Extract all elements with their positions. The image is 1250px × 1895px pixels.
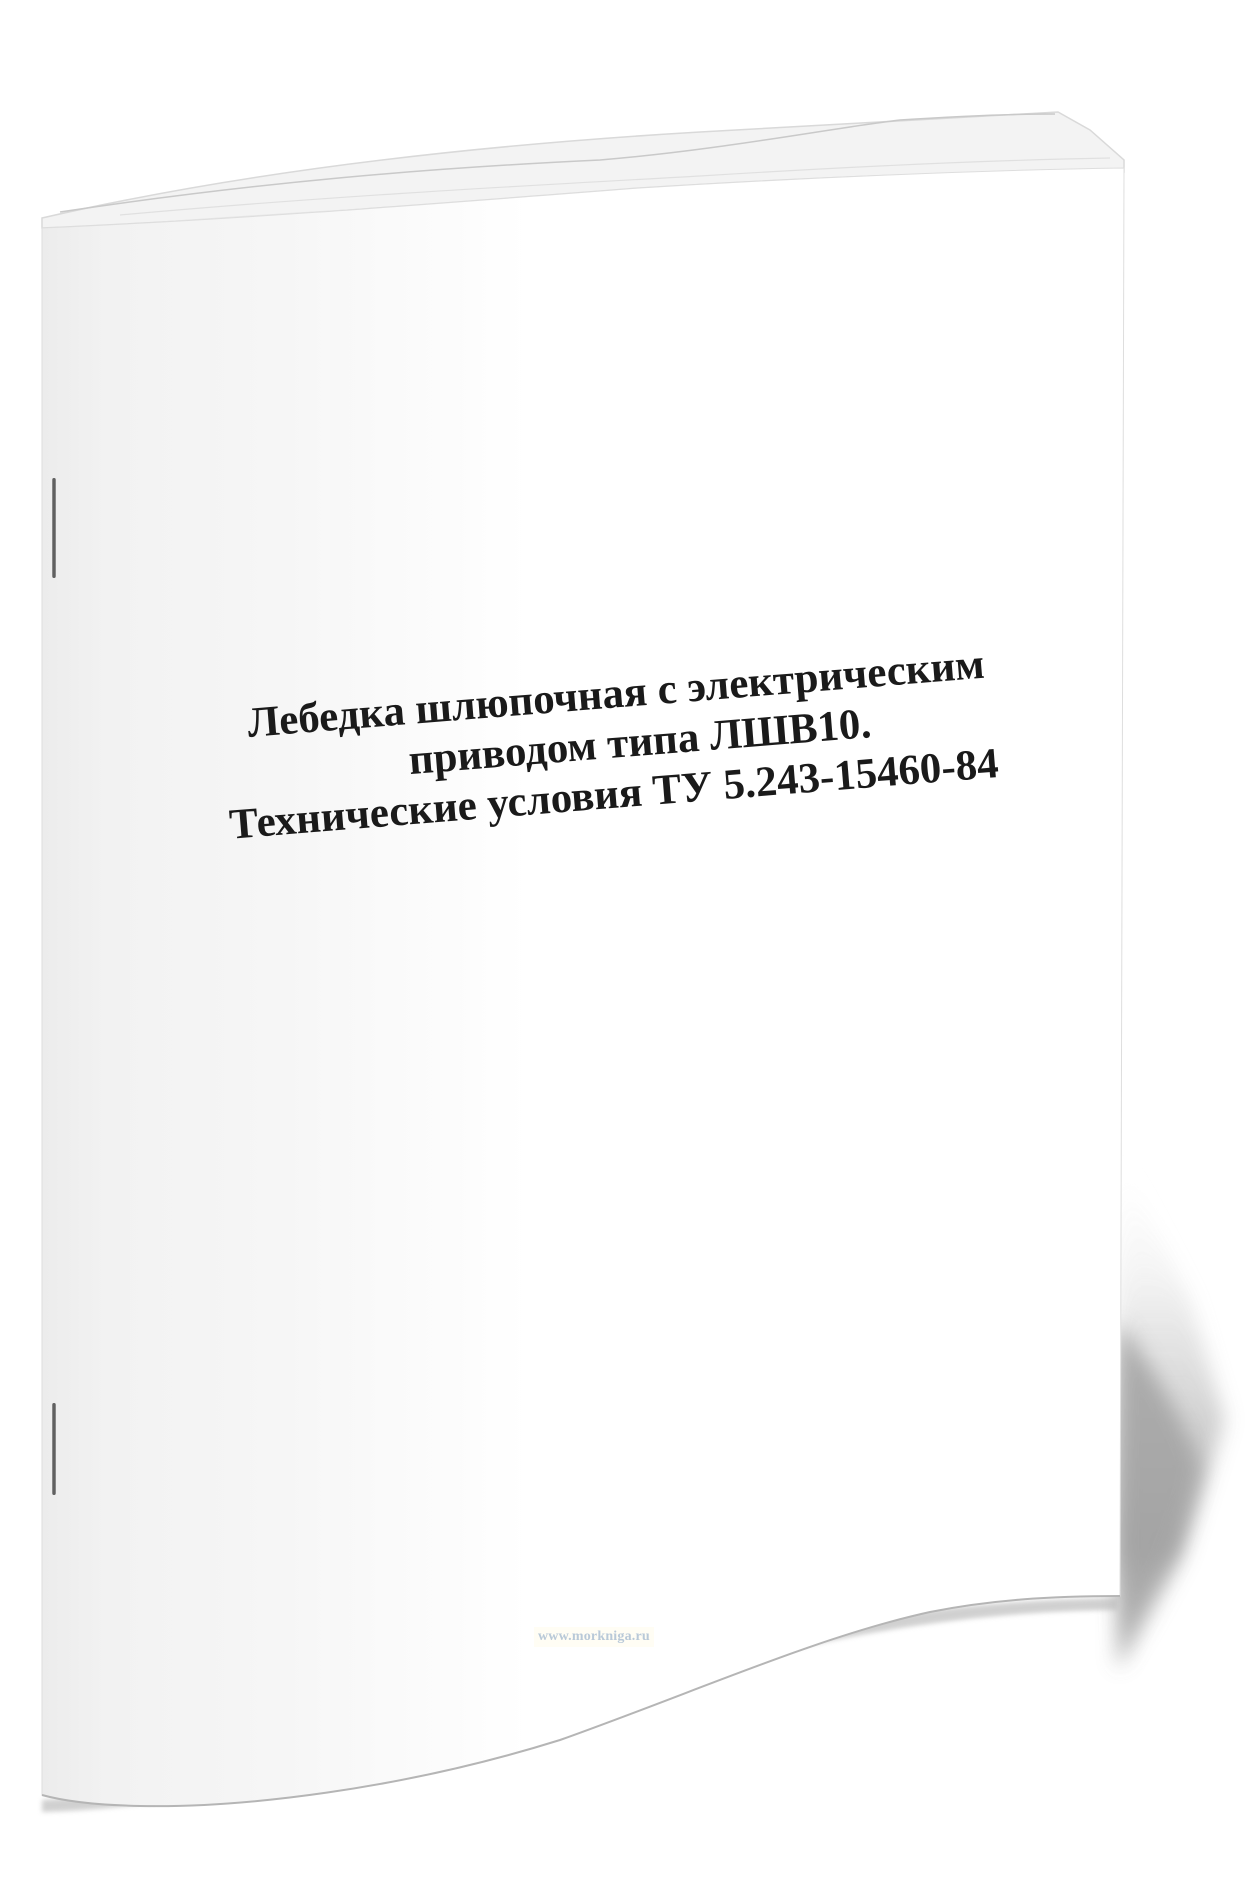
book-render: Лебедка шлюпочная с электрическим привод… [0, 0, 1250, 1895]
book-illustration [0, 0, 1250, 1895]
watermark-url: www.morkniga.ru [534, 1627, 654, 1647]
staple-top [52, 478, 56, 578]
staple-bottom [52, 1403, 56, 1495]
